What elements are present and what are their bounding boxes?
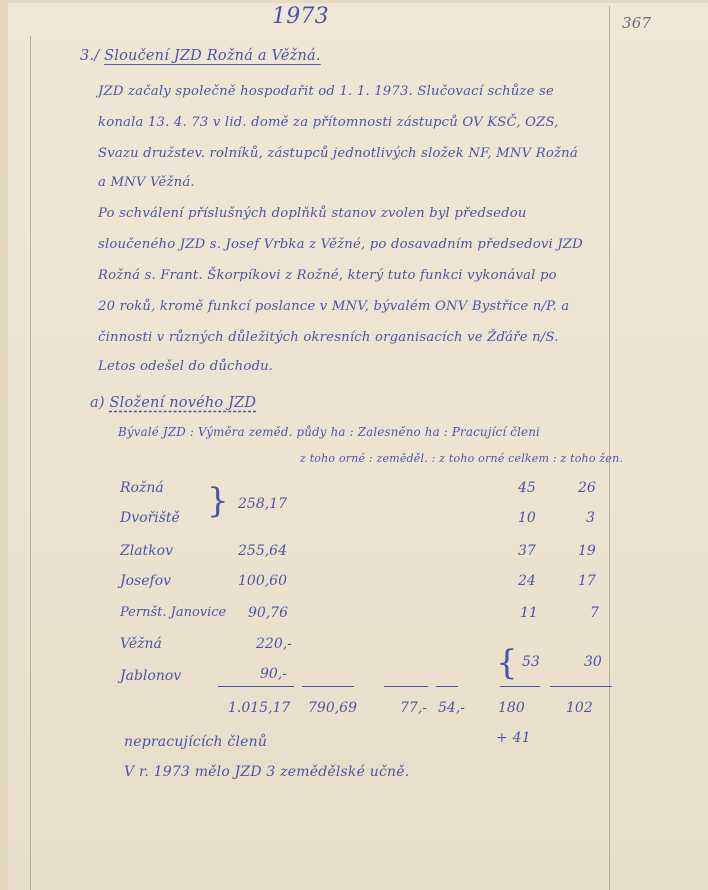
row-name: Jablonov <box>120 668 181 684</box>
right-margin-line <box>609 6 610 890</box>
sum-rule <box>302 686 354 687</box>
row-women: 17 <box>578 573 596 589</box>
row-area: 100,60 <box>238 573 287 589</box>
row-women: 3 <box>586 510 595 526</box>
closing-note: V r. 1973 mělo JZD 3 zemědělské učně. <box>124 764 409 780</box>
row-women: 7 <box>590 605 599 621</box>
sum-rule <box>550 686 612 687</box>
sum-rule <box>436 686 458 687</box>
table-header-row-2: z toho orné : zeměděl. : z toho orné cel… <box>300 452 623 465</box>
row-members: 45 <box>518 480 536 496</box>
row-name: Rožná <box>120 480 164 496</box>
paragraph-1-line: a MNV Věžná. <box>98 175 195 190</box>
left-margin-line <box>30 36 31 890</box>
page-number: 367 <box>622 14 651 32</box>
row-area: 255,64 <box>238 543 287 559</box>
paragraph-1-line: konala 13. 4. 73 v lid. domě za přítomno… <box>98 115 559 130</box>
paragraph-1-line: JZD začaly společně hospodařit od 1. 1. … <box>98 84 554 99</box>
bracket-rozna-dvoriste: } <box>207 484 229 518</box>
non-working-label: nepracujících členů <box>124 734 267 750</box>
row-name: Dvořiště <box>120 510 180 526</box>
section-number: 3./ <box>80 48 99 64</box>
row-women: 26 <box>578 480 596 496</box>
row-area: 90,- <box>260 666 287 682</box>
row-area: 90,76 <box>248 605 288 621</box>
page-year: 1973 <box>272 4 329 29</box>
paragraph-2-line: Letos odešel do důchodu. <box>98 359 273 374</box>
page-edge-left <box>0 0 8 890</box>
row-name: Josefov <box>120 573 171 589</box>
total-area: 1.015,17 <box>228 700 290 716</box>
section-heading: 3./ Sloučení JZD Rožná a Věžná. <box>80 48 321 64</box>
subsection-heading: a) Složení nového JZD <box>90 395 256 411</box>
row-members: 11 <box>520 605 538 621</box>
row-area: 220,- <box>256 636 292 652</box>
total-agricultural: 77,- <box>400 700 427 716</box>
subsection-title: Složení nového JZD <box>110 395 257 411</box>
row-name: Pernšt. Janovice <box>120 605 226 620</box>
bracket-vezna-jablonov: { <box>496 646 518 680</box>
total-forest-arable: 54,- <box>438 700 465 716</box>
row-members: 10 <box>518 510 536 526</box>
row-members: 24 <box>518 573 536 589</box>
paragraph-2-line: sloučeného JZD s. Josef Vrbka z Věžné, p… <box>98 237 583 252</box>
row-name: Věžná <box>120 636 162 652</box>
table-header-row-1: Bývalé JZD : Výměra zeměd. půdy ha : Zal… <box>118 425 540 439</box>
sum-rule <box>500 686 540 687</box>
subsection-label: a) <box>90 395 105 411</box>
total-women: 102 <box>566 700 593 716</box>
page-edge-top <box>0 0 708 3</box>
bracket-members-value: 53 <box>522 654 540 670</box>
bracket-area-value: 258,17 <box>238 496 287 512</box>
non-working-count: + 41 <box>496 730 531 746</box>
paragraph-2-line: Rožná s. Frant. Škorpíkovi z Rožné, kter… <box>98 268 557 283</box>
paragraph-1-line: Svazu družstev. rolníků, zástupců jednot… <box>98 146 578 161</box>
section-title: Sloučení JZD Rožná a Věžná. <box>104 48 321 64</box>
total-arable: 790,69 <box>308 700 357 716</box>
bracket-women-value: 30 <box>584 654 602 670</box>
total-members: 180 <box>498 700 525 716</box>
row-members: 37 <box>518 543 536 559</box>
paragraph-2-line: 20 roků, kromě funkcí poslance v MNV, bý… <box>98 299 569 314</box>
paragraph-2-line: činnosti v různých důležitých okresních … <box>98 330 559 345</box>
paragraph-2-line: Po schválení příslušných doplňků stanov … <box>98 206 527 221</box>
sum-rule <box>384 686 428 687</box>
row-women: 19 <box>578 543 596 559</box>
sum-rule <box>218 686 294 687</box>
row-name: Zlatkov <box>120 543 173 559</box>
